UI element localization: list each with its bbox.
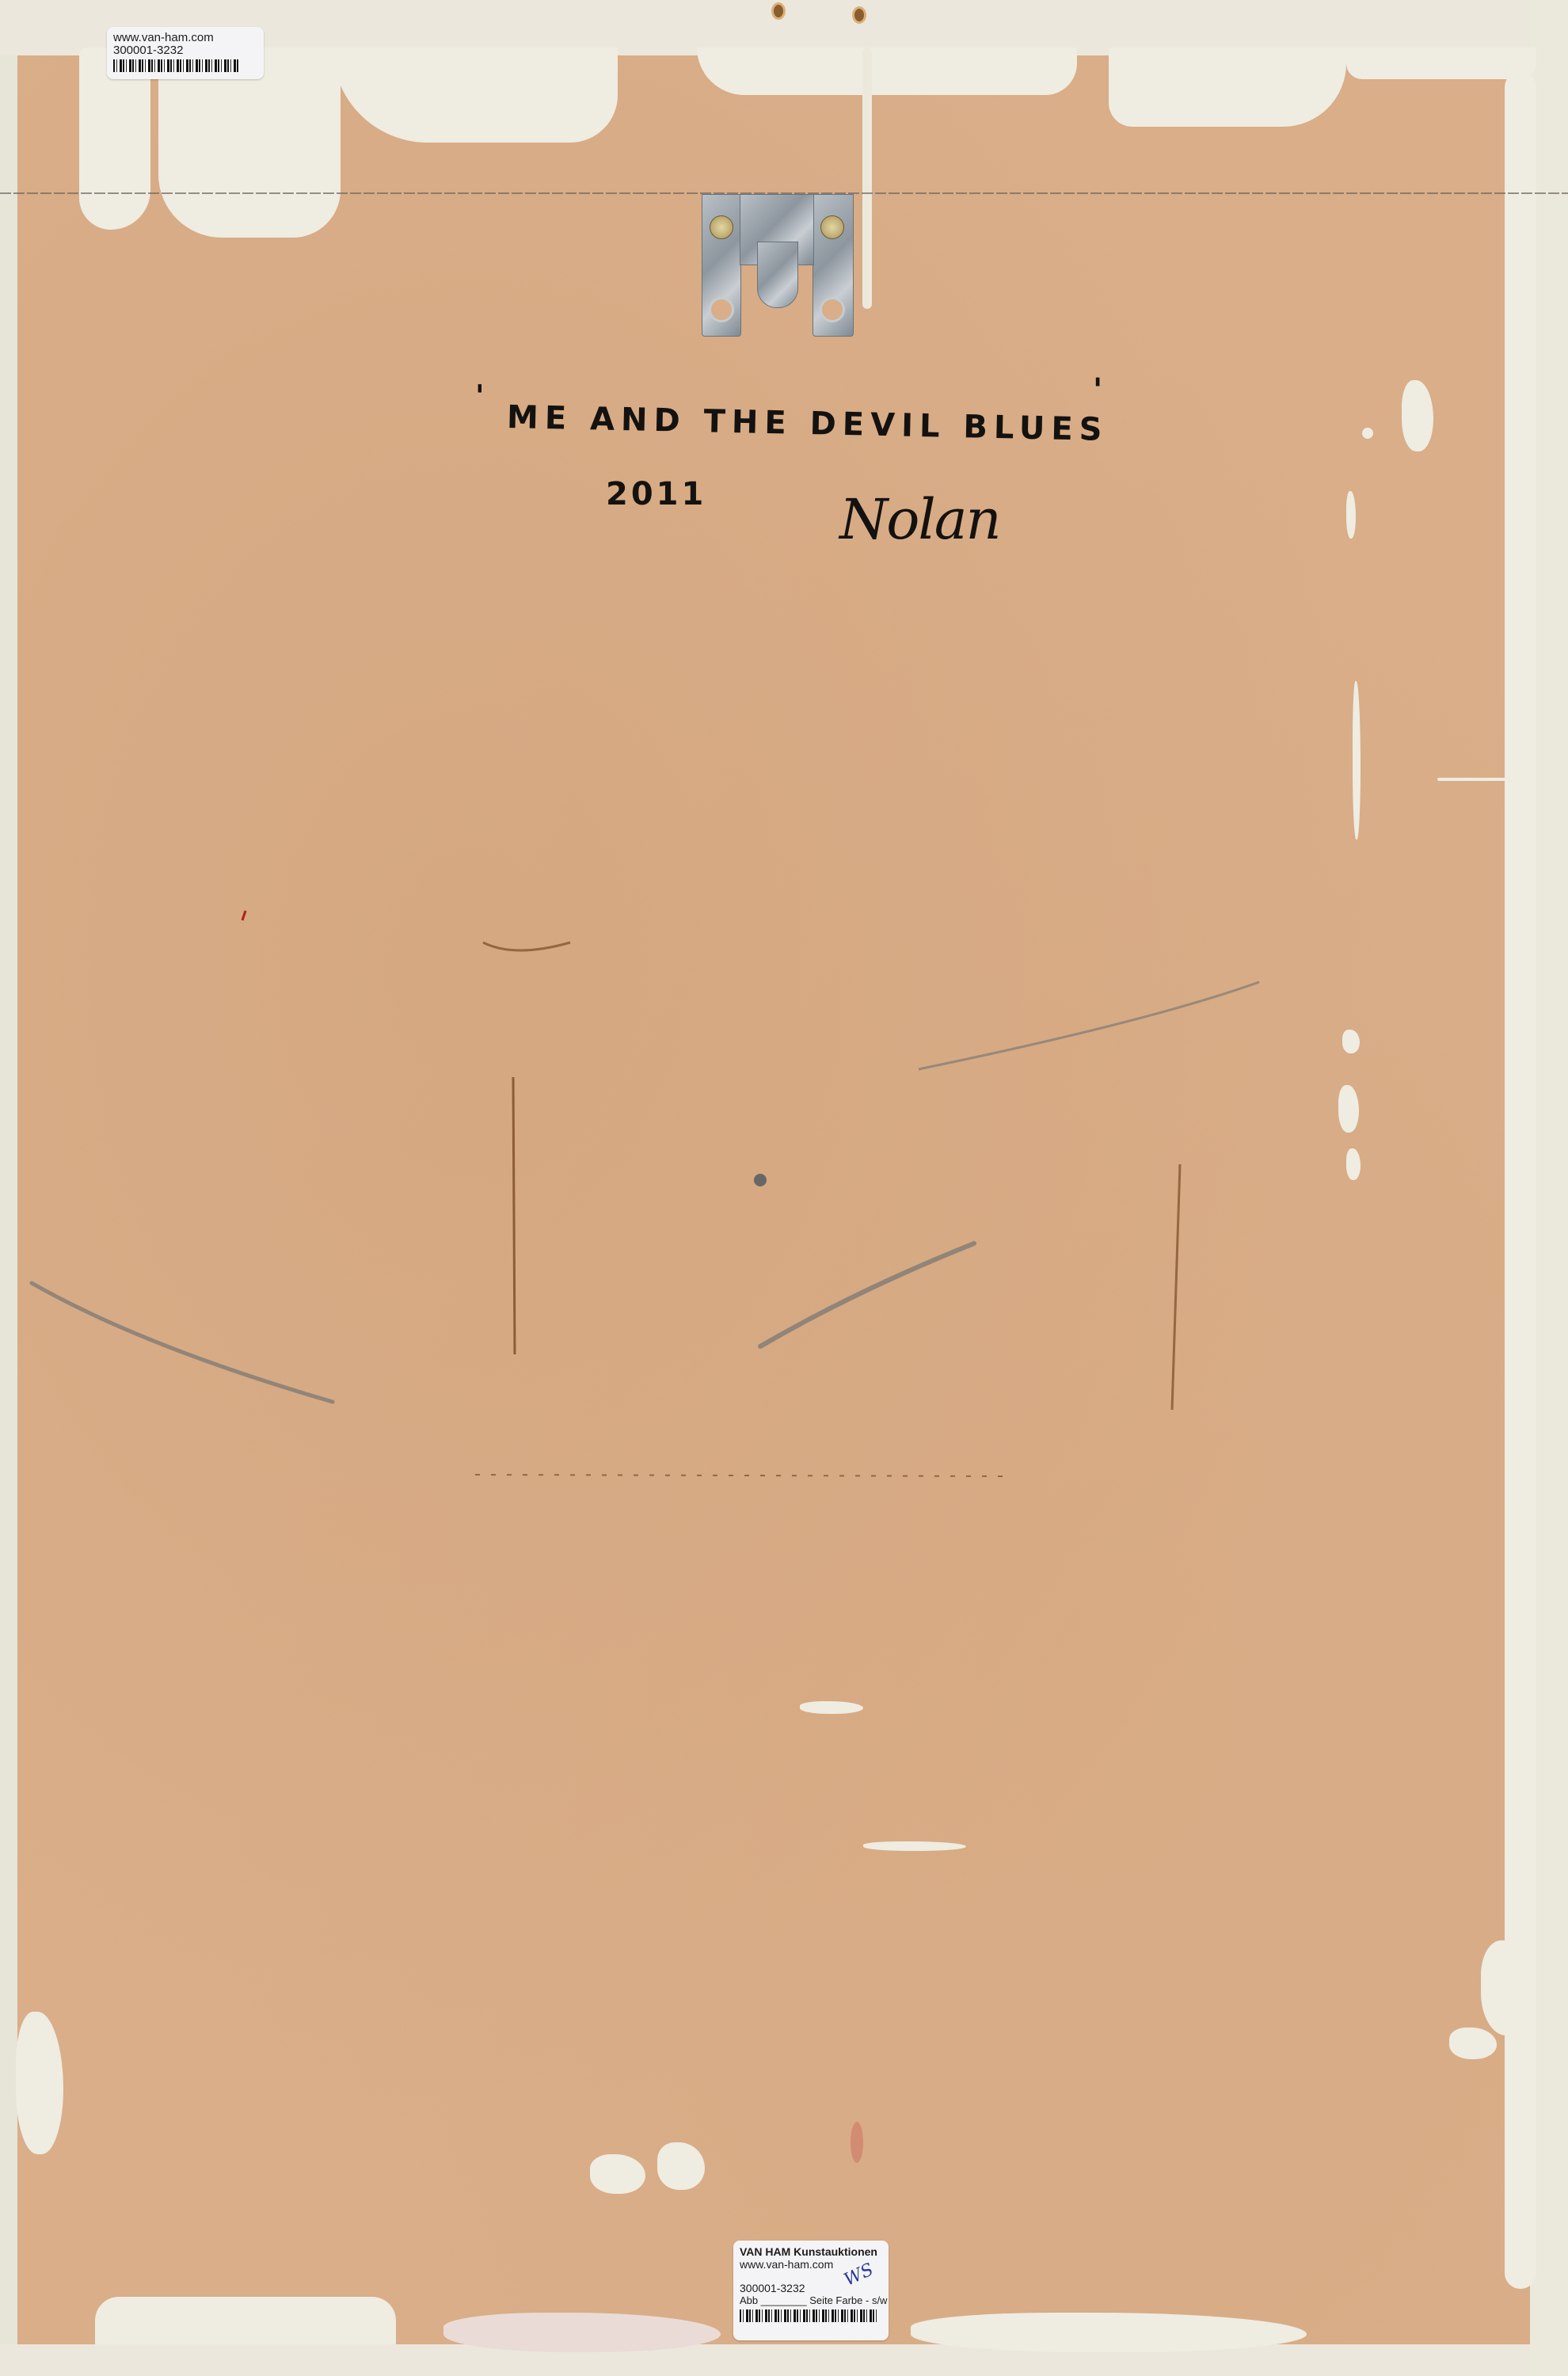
inscription-quote-open: ' — [475, 379, 489, 413]
hanger-tongue — [757, 242, 798, 308]
inscription-quote-close: ' — [1093, 372, 1107, 409]
label-abb-line: Abb ________ Seite Farbe - s/w — [740, 2294, 882, 2307]
auction-label-bottom: VAN HAM Kunstauktionen www.van-ham.com 3… — [733, 2241, 889, 2340]
barcode-icon — [740, 2309, 877, 2322]
label-lot-number: 300001-3232 — [113, 44, 257, 57]
inscription-year: 2011 — [606, 476, 706, 512]
artist-signature: Nolan — [839, 487, 1000, 552]
nail-head — [852, 6, 866, 24]
screw-icon — [710, 215, 733, 239]
label-company: VAN HAM Kunstauktionen — [740, 2245, 882, 2258]
mounting-hole — [709, 297, 734, 322]
nail-head — [771, 2, 786, 20]
barcode-icon — [113, 59, 240, 72]
mounting-hole — [820, 297, 845, 322]
flush-mount-hanger-icon — [702, 194, 852, 335]
artwork-back-photo: ' ME AND THE DEVIL BLUES ' 2011 Nolan ww… — [0, 0, 1568, 2376]
board-scratches — [0, 0, 1568, 2376]
screw-icon — [820, 215, 844, 239]
label-url: www.van-ham.com — [113, 32, 257, 44]
auction-label-top: www.van-ham.com 300001-3232 — [107, 27, 264, 79]
